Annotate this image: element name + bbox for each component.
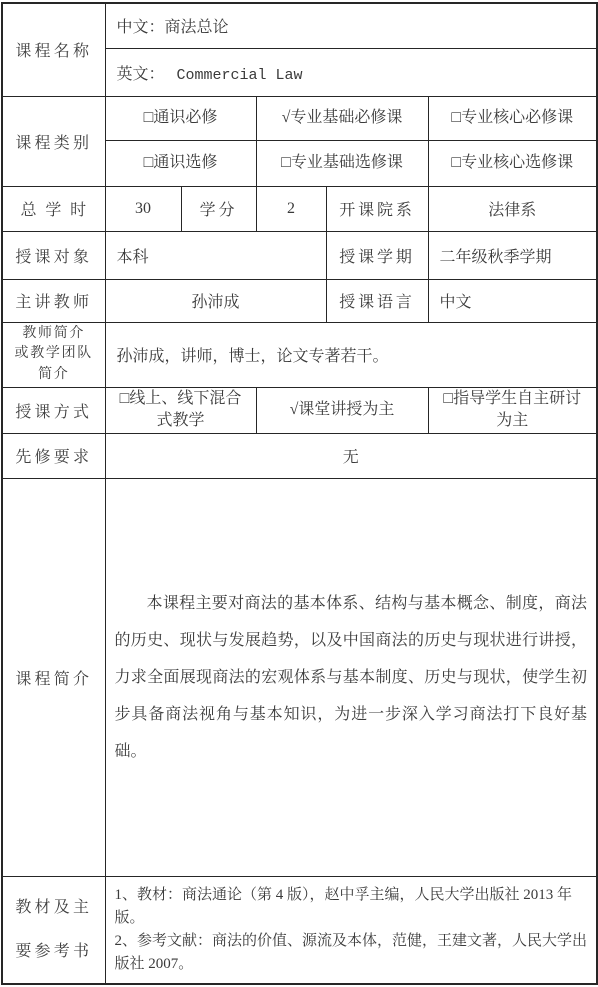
course-info-table: 课程名称 中文：商法总论 英文：Commercial Law 课程类别 □通识必… [1, 2, 598, 985]
checkbox-icon: □ [281, 154, 291, 171]
checkbox-icon: □ [443, 390, 453, 407]
category-option-general-elective: □通识选修 [105, 140, 256, 186]
department-value: 法律系 [428, 186, 597, 231]
method-option-label: 线上、线下混合式教学 [129, 390, 241, 429]
checkbox-icon: □ [120, 390, 130, 407]
category-option-label: 专业基础选修课 [291, 154, 403, 171]
textbooks-cell: 1、教材：商法通论（第 4 版），赵中孚主编，人民大学出版社 2013 年版。 … [105, 876, 597, 984]
category-option-major-core-required: □专业核心必修课 [428, 96, 597, 140]
instructor-bio-label-line: 或教学团队 [3, 344, 105, 364]
course-intro-cell: 本课程主要对商法的基本体系、结构与基本概念、制度，商法的历史、现状与发展趋势，以… [105, 478, 597, 876]
category-option-label: 通识必修 [153, 109, 217, 126]
audience-label: 授课对象 [2, 231, 105, 279]
reference-item: 2、参考文献：商法的价值、源流及本体，范健，王建文著，人民大学出版社 2007。 [115, 930, 588, 976]
category-option-label: 通识选修 [153, 154, 217, 171]
total-hours-label: 总学时 [2, 186, 105, 231]
method-option-label: 指导学生自主研讨为主 [453, 390, 581, 429]
category-option-major-core-elective: □专业核心选修课 [428, 140, 597, 186]
method-option-self-study: □指导学生自主研讨为主 [428, 387, 597, 433]
credits-label: 学分 [181, 186, 256, 231]
category-option-label: 专业核心必修课 [461, 109, 573, 126]
category-option-general-required: □通识必修 [105, 96, 256, 140]
prerequisites-value: 无 [105, 433, 597, 478]
checkbox-icon: □ [144, 109, 154, 126]
course-name-zh-value: 商法总论 [165, 19, 229, 36]
teaching-method-label: 授课方式 [2, 387, 105, 433]
course-name-en-cell: 英文：Commercial Law [105, 48, 597, 96]
course-category-label: 课程类别 [2, 96, 105, 186]
course-intro-text: 本课程主要对商法的基本体系、结构与基本概念、制度，商法的历史、现状与发展趋势，以… [115, 585, 588, 770]
semester-value: 二年级秋季学期 [428, 231, 597, 279]
instructor-bio-value: 孙沛成，讲师，博士，论文专著若干。 [105, 322, 597, 387]
instructor-bio-label: 教师简介 或教学团队 简介 [2, 322, 105, 387]
audience-value: 本科 [105, 231, 326, 279]
instructor-bio-label-line: 简介 [3, 365, 105, 385]
textbooks-label: 教材及主 要参考书 [2, 876, 105, 984]
checkbox-icon: □ [451, 154, 461, 171]
course-name-en-prefix: 英文： [117, 66, 165, 83]
instructor-value: 孙沛成 [105, 279, 326, 322]
course-name-en-value: Commercial Law [177, 67, 303, 84]
course-name-zh-prefix: 中文： [117, 19, 165, 36]
method-option-label: 课堂讲授为主 [298, 401, 394, 418]
course-name-label: 课程名称 [2, 3, 105, 96]
method-option-lecture: √课堂讲授为主 [256, 387, 428, 433]
category-option-major-basic-required: √专业基础必修课 [256, 96, 428, 140]
textbook-item: 1、教材：商法通论（第 4 版），赵中孚主编，人民大学出版社 2013 年版。 [115, 884, 588, 930]
credits-value: 2 [256, 186, 326, 231]
instructor-bio-label-line: 教师简介 [3, 324, 105, 344]
textbooks-label-line: 教材及主 [3, 886, 105, 930]
textbooks-label-line: 要参考书 [3, 930, 105, 974]
category-option-label: 专业基础必修课 [290, 109, 402, 126]
prerequisites-label: 先修要求 [2, 433, 105, 478]
method-option-blended: □线上、线下混合式教学 [105, 387, 256, 433]
language-label: 授课语言 [326, 279, 428, 322]
semester-label: 授课学期 [326, 231, 428, 279]
checkbox-icon: □ [144, 154, 154, 171]
language-value: 中文 [428, 279, 597, 322]
category-option-major-basic-elective: □专业基础选修课 [256, 140, 428, 186]
course-intro-label: 课程简介 [2, 478, 105, 876]
course-name-zh-cell: 中文：商法总论 [105, 3, 597, 48]
instructor-label: 主讲教师 [2, 279, 105, 322]
department-label: 开课院系 [326, 186, 428, 231]
total-hours-value: 30 [105, 186, 181, 231]
checkbox-icon: □ [451, 109, 461, 126]
category-option-label: 专业核心选修课 [461, 154, 573, 171]
